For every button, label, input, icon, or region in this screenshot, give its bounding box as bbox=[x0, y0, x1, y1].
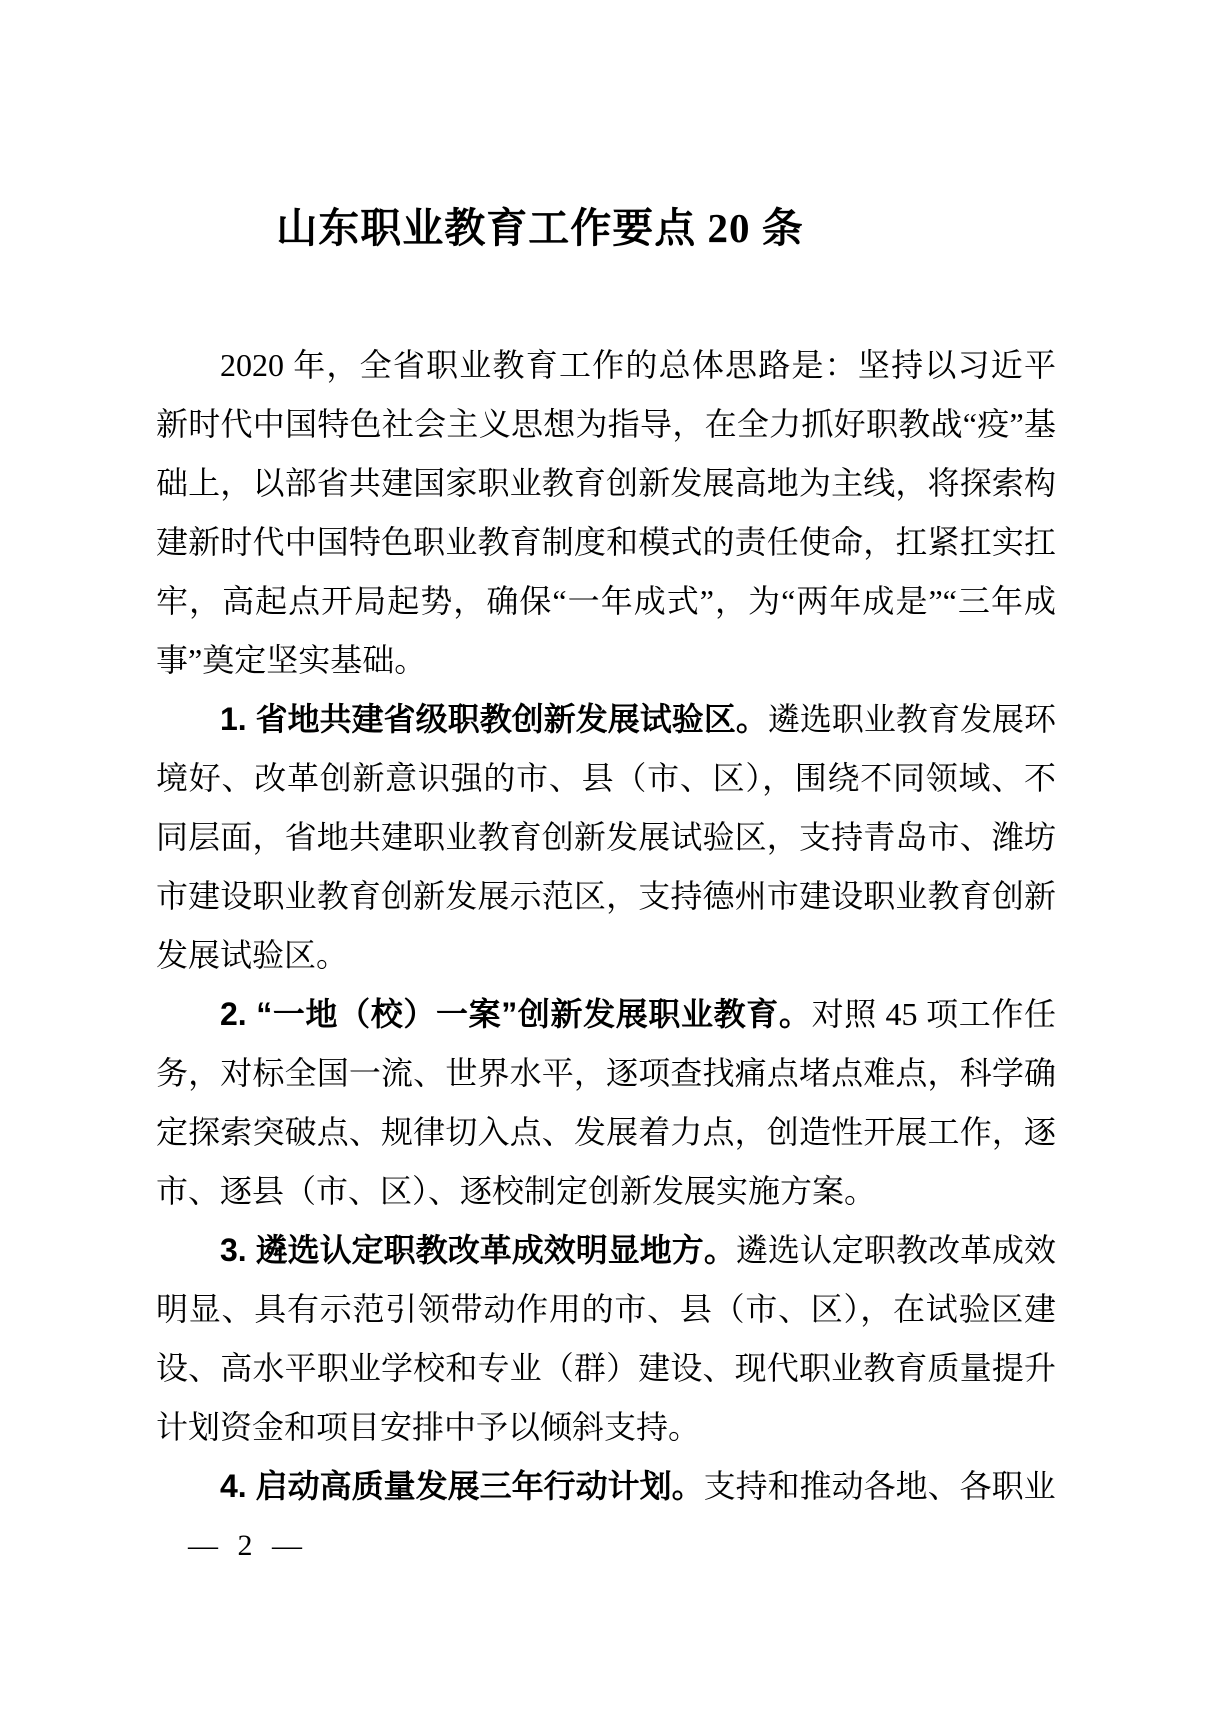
item-2-lead: 2. “一地（校）一案”创新发展职业教育。 bbox=[220, 996, 812, 1032]
item-paragraph-1: 1. 省地共建省级职教创新发展试验区。遴选职业教育发展环境好、改革创新意识强的市… bbox=[156, 690, 1056, 985]
item-3-lead: 3. 遴选认定职教改革成效明显地方。 bbox=[220, 1232, 736, 1268]
document-page: 山东职业教育工作要点 20 条 2020 年，全省职业教育工作的总体思路是：坚持… bbox=[0, 0, 1216, 1719]
item-paragraph-4: 4. 启动高质量发展三年行动计划。支持和推动各地、各职业 bbox=[156, 1457, 1056, 1516]
item-1-lead: 1. 省地共建省级职教创新发展试验区。 bbox=[220, 701, 768, 737]
document-title: 山东职业教育工作要点 20 条 bbox=[155, 200, 925, 256]
item-1-body: 遴选职业教育发展环境好、改革创新意识强的市、县（市、区），围绕不同领域、不同层面… bbox=[156, 701, 1056, 973]
intro-paragraph: 2020 年，全省职业教育工作的总体思路是：坚持以习近平新时代中国特色社会主义思… bbox=[156, 336, 1056, 690]
intro-text: 2020 年，全省职业教育工作的总体思路是：坚持以习近平新时代中国特色社会主义思… bbox=[156, 347, 1056, 678]
item-4-body: 支持和推动各地、各职业 bbox=[704, 1468, 1056, 1504]
document-body: 2020 年，全省职业教育工作的总体思路是：坚持以习近平新时代中国特色社会主义思… bbox=[156, 336, 1056, 1516]
item-paragraph-3: 3. 遴选认定职教改革成效明显地方。遴选认定职教改革成效明显、具有示范引领带动作… bbox=[156, 1221, 1056, 1457]
item-paragraph-2: 2. “一地（校）一案”创新发展职业教育。对照 45 项工作任务，对标全国一流、… bbox=[156, 985, 1056, 1221]
item-4-lead: 4. 启动高质量发展三年行动计划。 bbox=[220, 1468, 704, 1504]
page-number: — 2 — bbox=[188, 1528, 308, 1564]
